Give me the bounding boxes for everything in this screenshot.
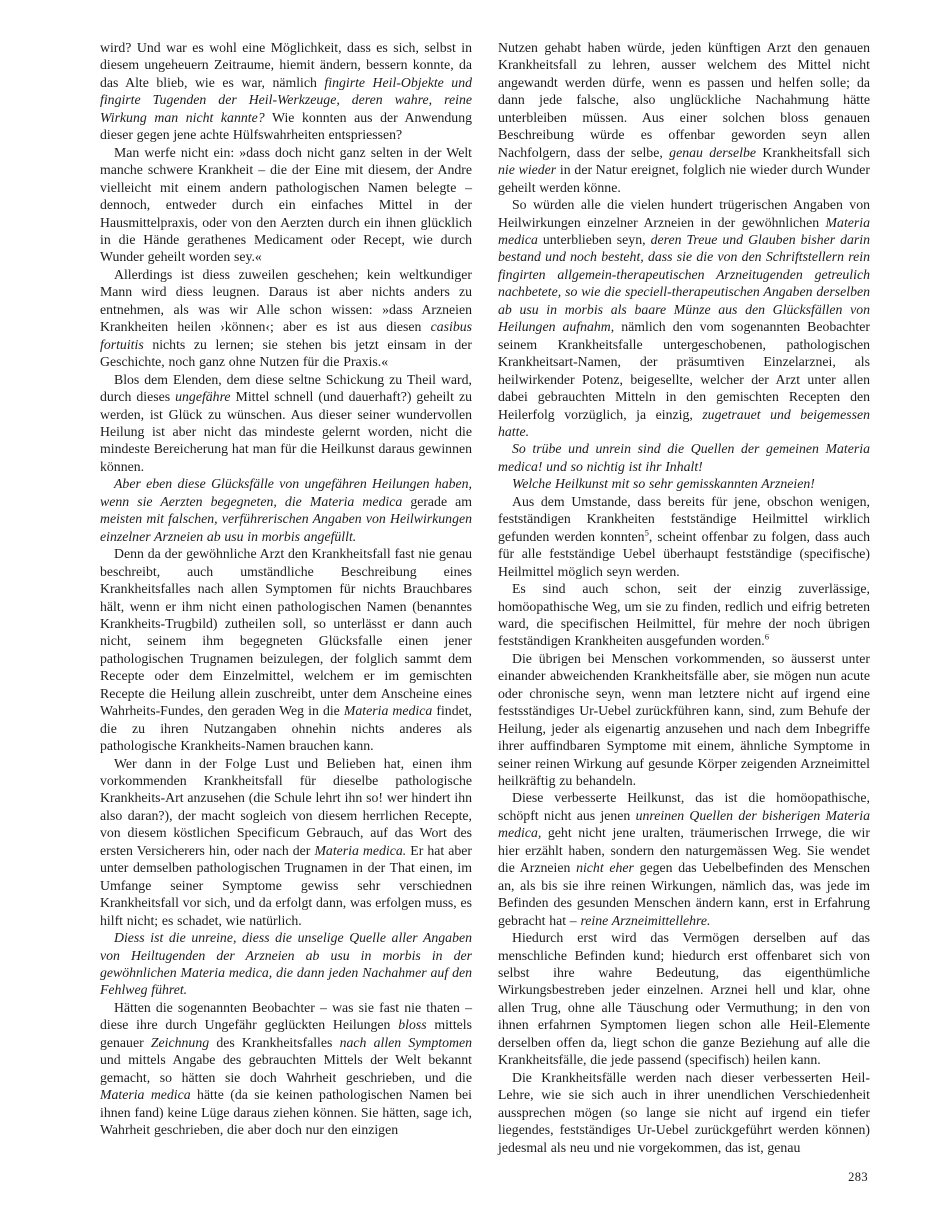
text-segment: nichts zu lernen; sie stehen bis jetzt e… xyxy=(100,337,472,369)
paragraph: Es sind auch schon, seit der einzig zuve… xyxy=(498,580,870,650)
text-segment: meisten mit falschen, verführerischen An… xyxy=(100,511,472,543)
text-segment: Welche Heilkunst mit so sehr gemisskannt… xyxy=(512,476,815,491)
paragraph: Wer dann in der Folge Lust und Belieben … xyxy=(100,755,472,930)
paragraph: Welche Heilkunst mit so sehr gemisskannt… xyxy=(498,475,870,492)
text-segment: Krankheitsfall sich xyxy=(756,145,870,160)
paragraph: wird? Und war es wohl eine Möglichkeit, … xyxy=(100,39,472,144)
paragraph: Hätten die sogenannten Beobachter – was … xyxy=(100,999,472,1139)
left-column: wird? Und war es wohl eine Möglichkeit, … xyxy=(100,39,472,1156)
text-segment: nie wieder xyxy=(498,162,556,177)
paragraph: Allerdings ist diess zuweilen geschehen;… xyxy=(100,266,472,371)
text-segment: nach allen Symptomen xyxy=(340,1035,472,1050)
paragraph: Blos dem Elenden, dem diese seltne Schic… xyxy=(100,371,472,476)
paragraph: Diese verbesserte Heilkunst, das ist die… xyxy=(498,789,870,929)
paragraph: So würden alle die vielen hundert trüger… xyxy=(498,196,870,440)
text-segment: So trübe und unrein sind die Quellen der… xyxy=(498,441,870,473)
paragraph: Diess ist die unreine, diess die unselig… xyxy=(100,929,472,999)
text-segment: und mittels Angabe des gebrauchten Mitte… xyxy=(100,1052,472,1084)
text-segment: Zeichnung xyxy=(151,1035,209,1050)
text-segment: Hiedurch erst wird das Vermögen derselbe… xyxy=(498,930,870,1067)
text-segment: So würden alle die vielen hundert trüger… xyxy=(498,197,870,229)
text-segment: nicht eher xyxy=(576,860,634,875)
text-segment: ungefähre xyxy=(175,389,230,404)
paragraph: Denn da der gewöhnliche Arzt den Krankhe… xyxy=(100,545,472,754)
paragraph: Die übrigen bei Menschen vorkommenden, s… xyxy=(498,650,870,790)
paragraph: Aus dem Umstande, dass bereits für jene,… xyxy=(498,493,870,580)
text-segment: Diess ist die unreine, diess die unselig… xyxy=(100,930,472,997)
text-segment: Nutzen gehabt haben würde, jeden künftig… xyxy=(498,40,870,160)
text-segment: Die Krankheitsfälle werden nach dieser v… xyxy=(498,1070,870,1155)
text-segment: unterblieben seyn, xyxy=(538,232,651,247)
paragraph: Hiedurch erst wird das Vermögen derselbe… xyxy=(498,929,870,1069)
text-segment: Materia medica xyxy=(100,1087,191,1102)
paragraph: Aber eben diese Glücksfälle von ungefähr… xyxy=(100,475,472,545)
text-segment: Allerdings ist diess zuweilen geschehen;… xyxy=(100,267,472,334)
text-segment: Man werfe nicht ein: »dass doch nicht ga… xyxy=(100,145,472,265)
footnote-marker: 6 xyxy=(765,632,769,642)
text-segment: Denn da der gewöhnliche Arzt den Krankhe… xyxy=(100,546,472,718)
paragraph: Man werfe nicht ein: »dass doch nicht ga… xyxy=(100,144,472,266)
text-segment: Materia medica. xyxy=(314,843,406,858)
paragraph: So trübe und unrein sind die Quellen der… xyxy=(498,440,870,475)
book-page: wird? Und war es wohl eine Möglichkeit, … xyxy=(0,0,935,1210)
text-segment: gerade am xyxy=(410,494,472,509)
text-segment: des Krankheitsfalles xyxy=(209,1035,339,1050)
text-segment: genau derselbe xyxy=(669,145,756,160)
right-column: Nutzen gehabt haben würde, jeden künftig… xyxy=(498,39,870,1156)
text-segment: bloss xyxy=(398,1017,426,1032)
text-columns: wird? Und war es wohl eine Möglichkeit, … xyxy=(100,39,868,1156)
text-segment: Die übrigen bei Menschen vorkommenden, s… xyxy=(498,651,870,788)
paragraph: Die Krankheitsfälle werden nach dieser v… xyxy=(498,1069,870,1156)
page-number: 283 xyxy=(848,1170,868,1185)
text-segment: Materia medica xyxy=(344,703,432,718)
text-segment: reine Arzneimittellehre. xyxy=(580,913,710,928)
paragraph: Nutzen gehabt haben würde, jeden künftig… xyxy=(498,39,870,196)
text-segment: Es sind auch schon, seit der einzig zuve… xyxy=(498,581,870,648)
